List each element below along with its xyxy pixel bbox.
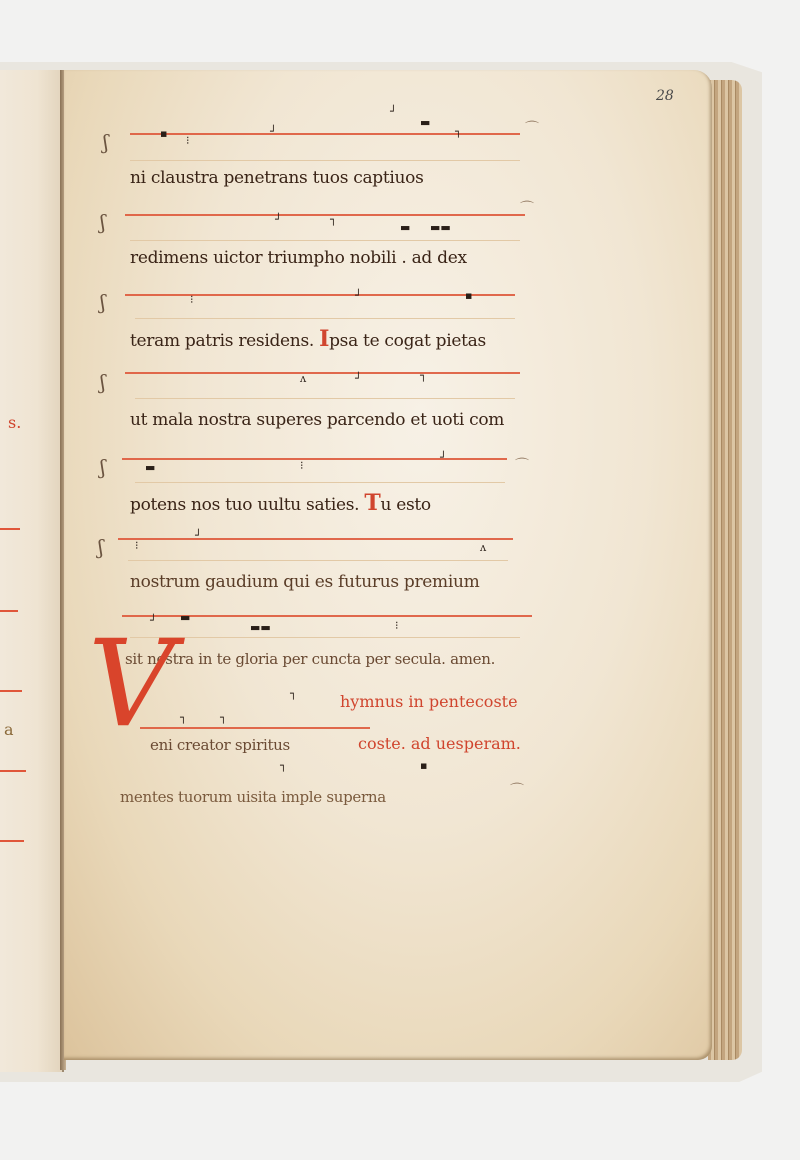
text-line: sit nostra in te gloria per cuncta per s… bbox=[125, 650, 495, 668]
neume-icon: ┐ bbox=[455, 126, 462, 137]
clef-icon: ʃ bbox=[103, 130, 108, 154]
neume-icon: ┘ bbox=[390, 106, 397, 117]
page-edges bbox=[708, 80, 742, 1060]
text-segment: psa te cogat pietas bbox=[329, 331, 486, 351]
hymn-text-line: mentes tuorum uisita imple superna bbox=[120, 788, 386, 806]
neume-icon: ▬ bbox=[145, 462, 155, 473]
ruling-line bbox=[135, 482, 505, 483]
margin-mark: ⌒ bbox=[525, 118, 539, 138]
text-line: nostrum gaudium qui es futurus premium bbox=[130, 572, 479, 592]
neume-icon: ⁝ bbox=[300, 460, 304, 471]
rubric-heading: hymnus in pentecoste bbox=[340, 692, 518, 711]
clef-icon: ʃ bbox=[98, 535, 103, 559]
left-staff-fragment bbox=[0, 528, 20, 530]
margin-mark: ⌒ bbox=[510, 780, 524, 800]
neume-icon: ⁝ bbox=[135, 540, 139, 551]
ruling-line bbox=[130, 637, 520, 638]
neume-icon: ⁝ bbox=[190, 294, 194, 305]
neume-icon: ┘ bbox=[195, 530, 202, 541]
left-staff-fragment bbox=[0, 610, 18, 612]
neume-icon: ▬ bbox=[180, 612, 190, 623]
rubric-initial: T bbox=[364, 490, 380, 516]
neume-icon: ┐ bbox=[280, 760, 287, 771]
text-segment: teram patris residens. bbox=[130, 331, 319, 351]
left-page-fragment: s. bbox=[8, 413, 21, 432]
hymn-text-line: eni creator spiritus bbox=[150, 736, 290, 754]
neume-icon: ┘ bbox=[275, 214, 282, 225]
margin-mark: ⌒ bbox=[520, 198, 534, 218]
neume-icon: ▪ bbox=[160, 128, 167, 139]
manuscript-page bbox=[64, 70, 712, 1060]
neume-icon: ▬ bbox=[420, 117, 430, 128]
decorated-initial: V bbox=[88, 625, 175, 745]
neume-icon: ┘ bbox=[270, 126, 277, 137]
ruling-line bbox=[128, 560, 508, 561]
staff-line bbox=[125, 294, 515, 296]
folio-number: 28 bbox=[656, 88, 674, 104]
staff-line bbox=[122, 458, 507, 460]
text-line: redimens uictor triumpho nobili . ad dex bbox=[130, 248, 467, 268]
neume-icon: ┐ bbox=[220, 712, 227, 723]
ruling-line bbox=[135, 398, 515, 399]
staff-line bbox=[125, 372, 520, 374]
neume-icon: ┘ bbox=[440, 452, 447, 463]
rubric-initial: I bbox=[319, 326, 329, 352]
left-page-edge: s. a bbox=[0, 70, 64, 1072]
ruling-line bbox=[135, 318, 515, 319]
text-line: ni claustra penetrans tuos captiuos bbox=[130, 168, 424, 188]
left-page-fragment: a bbox=[4, 720, 14, 739]
margin-mark: ⌒ bbox=[515, 455, 529, 475]
clef-icon: ʃ bbox=[100, 370, 105, 394]
neume-icon: ▪ bbox=[465, 290, 472, 301]
neume-icon: ┐ bbox=[420, 370, 427, 381]
clef-icon: ʃ bbox=[100, 455, 105, 479]
left-staff-fragment bbox=[0, 770, 26, 772]
neume-icon: ▬▬ bbox=[250, 622, 271, 633]
text-line: teram patris residens. Ipsa te cogat pie… bbox=[130, 326, 486, 352]
left-staff-fragment bbox=[0, 690, 22, 692]
neume-icon: ┐ bbox=[330, 214, 337, 225]
neume-icon: ⁝ bbox=[186, 135, 190, 146]
neume-icon: ┐ bbox=[290, 688, 297, 699]
rubric-heading: coste. ad uesperam. bbox=[358, 734, 521, 753]
staff-line bbox=[125, 214, 525, 216]
staff-line bbox=[118, 538, 513, 540]
neume-icon: ▪ bbox=[420, 760, 427, 771]
neume-icon: ʌ bbox=[300, 373, 306, 384]
neume-icon: ʌ bbox=[480, 542, 486, 553]
neume-icon: ┘ bbox=[355, 290, 362, 301]
clef-icon: ʃ bbox=[100, 210, 105, 234]
neume-icon: ▬ bbox=[400, 222, 410, 233]
neume-icon: ⁝ bbox=[395, 620, 399, 631]
neume-icon: ┐ bbox=[180, 712, 187, 723]
text-segment: potens nos tuo uultu saties. bbox=[130, 495, 364, 515]
text-segment: u esto bbox=[380, 495, 430, 515]
ruling-line bbox=[130, 160, 520, 161]
neume-icon: ▬▬ bbox=[430, 222, 451, 233]
left-staff-fragment bbox=[0, 840, 24, 842]
text-line: potens nos tuo uultu saties. Tu esto bbox=[130, 490, 431, 516]
ruling-line bbox=[130, 240, 520, 241]
clef-icon: ʃ bbox=[100, 290, 105, 314]
neume-icon: ┘ bbox=[355, 373, 362, 384]
text-line: ut mala nostra superes parcendo et uoti … bbox=[130, 410, 504, 430]
